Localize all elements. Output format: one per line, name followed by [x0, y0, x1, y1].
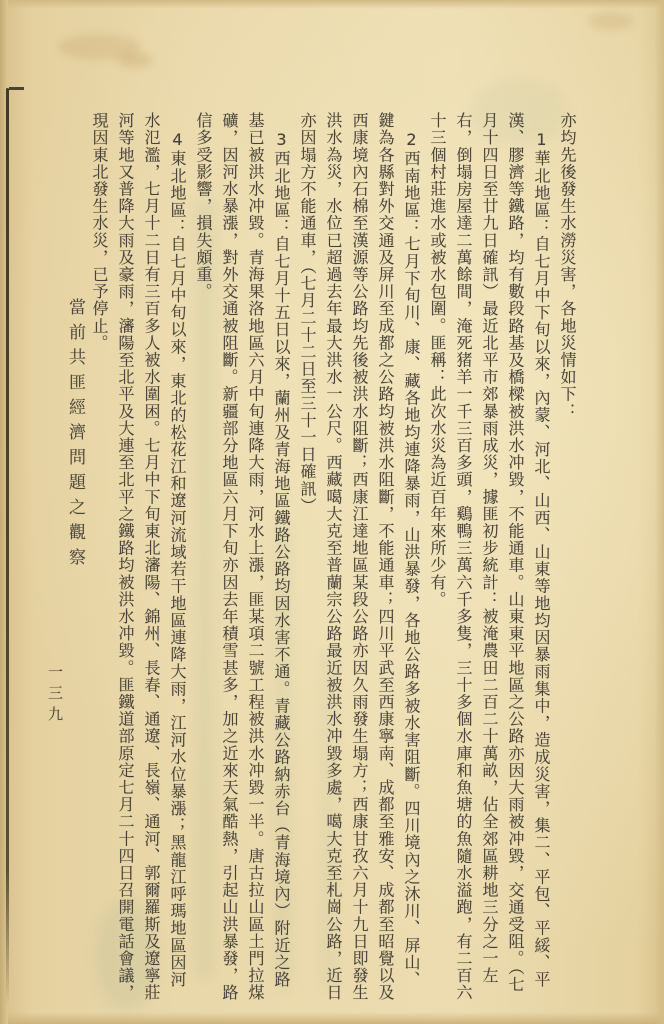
page-top-edge — [0, 0, 664, 9]
page-number: 一三九 — [45, 664, 66, 727]
paragraph-text: 西南地區：七月下旬川、康、藏各地均連降暴雨，山洪暴發，各地公路多被水害阻斷。四川… — [298, 112, 421, 1001]
paragraph-number: 1 — [532, 130, 551, 150]
foxing-spot — [118, 52, 152, 68]
scanned-page: 亦均先後發生水澇災害，各地災情如下： 1華北地區：自七月中下旬以來，內蒙、河北、… — [0, 0, 664, 1024]
paragraph-number: 3 — [272, 130, 291, 150]
side-title: 當前共匪經濟問題之觀察 — [63, 298, 88, 573]
paragraph-southwest: 2西南地區：七月下旬川、康、藏各地均連降暴雨，山洪暴發，各地公路多被水害阻斷。四… — [294, 112, 424, 1004]
paragraph-text: 亦均先後發生水澇災害，各地災情如下： — [558, 112, 577, 420]
paragraph-intro: 亦均先後發生水澇災害，各地災情如下： — [554, 112, 580, 1004]
paragraph-number: 4 — [168, 130, 187, 150]
binding-edge-line — [6, 88, 9, 1006]
paragraph-northeast: 4東北地區：自七月中旬以來，東北的松花江和遼河流域若干地區連降大雨，江河水位暴漲… — [86, 112, 190, 1004]
paragraph-northwest: 3西北地區：自七月十五日以來，蘭州及青海地區鐵路公路均因水害不通。青藏公路納赤台… — [190, 112, 294, 1004]
paragraph-text: 西北地區：自七月十五日以來，蘭州及青海地區鐵路公路均因水害不通。青藏公路納赤台（… — [194, 112, 291, 1001]
foxing-spot — [58, 34, 140, 60]
paragraph-text: 華北地區：自七月中下旬以來，內蒙、河北、山西、山東等地均因暴雨集中，造成災害，集… — [428, 112, 551, 1001]
page-right-edge — [655, 0, 664, 1024]
paragraph-north-china: 1華北地區：自七月中下旬以來，內蒙、河北、山西、山東等地均因暴雨集中，造成災害，… — [424, 112, 554, 1004]
paragraph-text: 東北地區：自七月中旬以來，東北的松花江和遼河流域若干地區連降大雨，江河水位暴漲；… — [90, 112, 187, 1001]
page-bottom-edge — [0, 1012, 664, 1024]
paragraph-number: 2 — [402, 130, 421, 150]
binding-edge-notch — [9, 87, 24, 90]
foxing-spot — [588, 12, 634, 30]
document-body-text: 亦均先後發生水澇災害，各地災情如下： 1華北地區：自七月中下旬以來，內蒙、河北、… — [78, 112, 580, 1004]
